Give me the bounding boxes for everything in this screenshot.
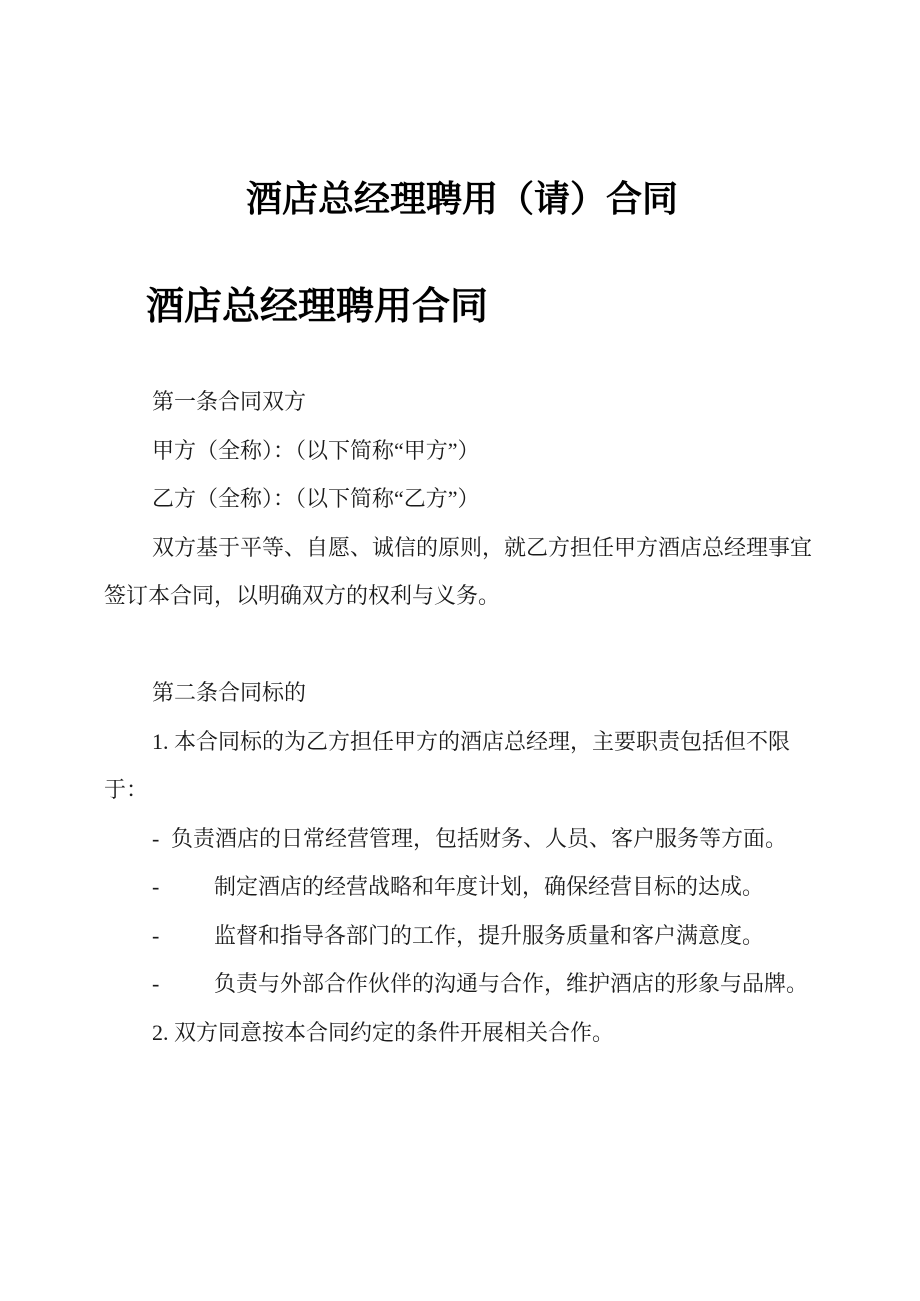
line-text: 负责与外部合作伙伴的沟通与合作，维护酒店的形象与品牌。 [214, 971, 808, 996]
document-line: 第二条合同标的 [104, 669, 820, 718]
blank-line [104, 621, 820, 670]
document-heading: 酒店总经理聘用合同 [146, 287, 488, 327]
document-line: 双方基于平等、自愿、诚信的原则，就乙方担任甲方酒店总经理事宜 [104, 524, 820, 573]
line-text: 监督和指导各部门的工作，提升服务质量和客户满意度。 [214, 923, 764, 948]
dash-bullet: - [152, 912, 214, 961]
line-text: 2. 双方同意按本合同约定的条件开展相关合作。 [152, 1020, 614, 1045]
document-title: 酒店总经理聘用（请）合同 [104, 180, 820, 218]
document-line: 2. 双方同意按本合同约定的条件开展相关合作。 [104, 1009, 820, 1058]
dash-bullet: - [152, 863, 214, 912]
document-line: -负责与外部合作伙伴的沟通与合作，维护酒店的形象与品牌。 [104, 960, 820, 1009]
line-text: 第二条合同标的 [152, 680, 306, 705]
document-line: -负责酒店的日常经营管理，包括财务、人员、客户服务等方面。 [104, 815, 820, 864]
line-text: 负责酒店的日常经营管理，包括财务、人员、客户服务等方面。 [171, 826, 787, 851]
document-body: 第一条合同双方甲方（全称）：（以下简称“甲方”）乙方（全称）：（以下简称“乙方”… [104, 378, 820, 1057]
document-line: -监督和指导各部门的工作，提升服务质量和客户满意度。 [104, 912, 820, 961]
line-text: 甲方（全称）：（以下简称“甲方”） [152, 438, 480, 463]
document-line: 签订本合同，以明确双方的权利与义务。 [104, 572, 820, 621]
line-text: 第一条合同双方 [152, 389, 306, 414]
line-text: 制定酒店的经营战略和年度计划，确保经营目标的达成。 [214, 874, 764, 899]
line-text: 于： [104, 777, 148, 802]
line-text: 乙方（全称）：（以下简称“乙方”） [152, 486, 480, 511]
document-line: 乙方（全称）：（以下简称“乙方”） [104, 475, 820, 524]
document-page: 酒店总经理聘用（请）合同 酒店总经理聘用合同 第一条合同双方甲方（全称）：（以下… [0, 0, 920, 1301]
line-text: 双方基于平等、自愿、诚信的原则，就乙方担任甲方酒店总经理事宜 [152, 535, 812, 560]
line-text: 1. 本合同标的为乙方担任甲方的酒店总经理，主要职责包括但不限 [152, 729, 790, 754]
document-line: 1. 本合同标的为乙方担任甲方的酒店总经理，主要职责包括但不限 [104, 718, 820, 767]
document-line: -制定酒店的经营战略和年度计划，确保经营目标的达成。 [104, 863, 820, 912]
line-text: 签订本合同，以明确双方的权利与义务。 [104, 583, 500, 608]
document-line: 甲方（全称）：（以下简称“甲方”） [104, 427, 820, 476]
dash-bullet: - [152, 815, 171, 864]
document-line: 第一条合同双方 [104, 378, 820, 427]
dash-bullet: - [152, 960, 214, 1009]
document-line: 于： [104, 766, 820, 815]
